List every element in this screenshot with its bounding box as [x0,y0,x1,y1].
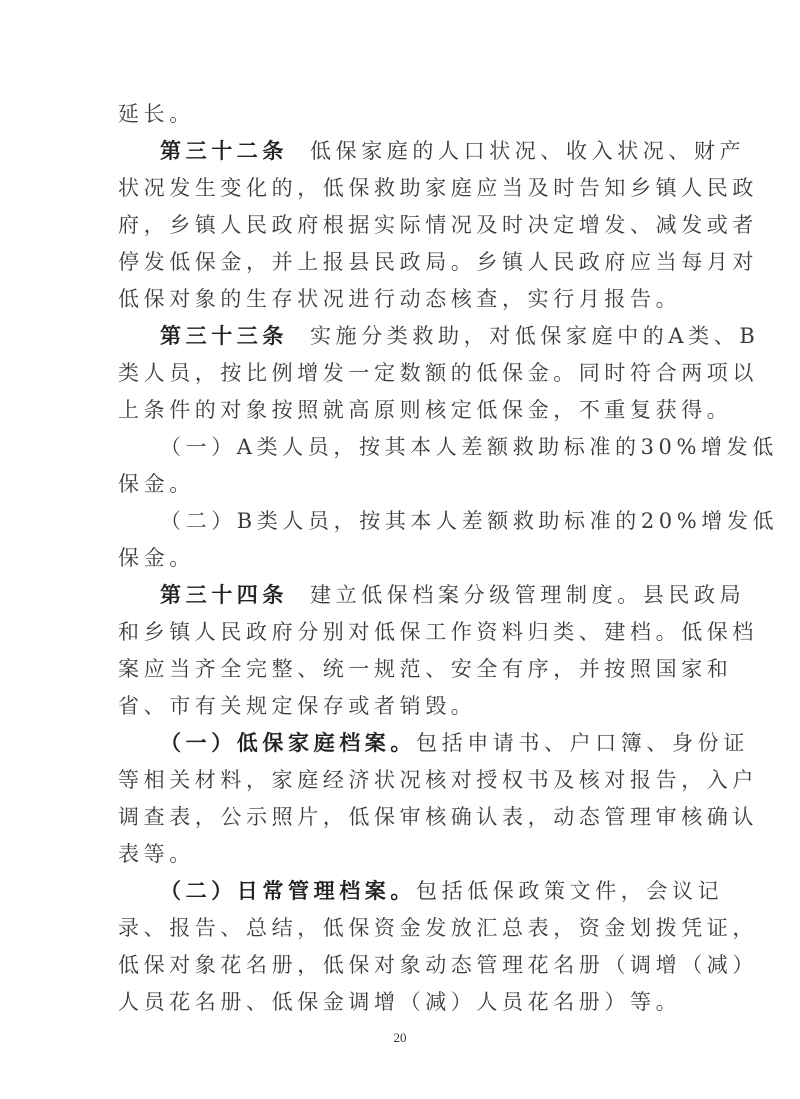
text-line: 等相关材料，家庭经济状况核对授权书及核对报告，入户 [118,766,658,794]
text-line: 录、报告、总结，低保资金发放汇总表，资金划拨凭证， [118,914,658,942]
text-line [118,951,658,979]
article-34-heading-line: 第三十四条建立低保档案分级管理制度。县民政局 [160,581,658,609]
article-33-heading-line: 第三十三条实施分类救助，对低保家庭中的A类、B [160,322,658,350]
subsection-title: （二）日常管理档案。 [160,878,416,903]
text-line: 表等。 [118,840,658,868]
text-line: 案应当齐全完整、统一规范、安全有序，并按照国家和 [118,655,658,683]
subsection-family-archive: （一）低保家庭档案。包括申请书、户口簿、身份证 [160,729,658,757]
text-line: 类人员，按比例增发一定数额的低保金。同时符合两项以 [118,359,658,387]
text-line: 保金。 [118,470,658,498]
text-line: 延长。 [118,100,658,128]
article-32-heading-line: 第三十二条低保家庭的人口状况、收入状况、财产 [160,137,658,165]
article-number: 第三十三条 [160,323,288,348]
page-number: 20 [0,1030,800,1046]
text-line: 上条件的对象按照就高原则核定低保金，不重复获得。 [118,396,658,424]
list-item-b: （二）B类人员，按其本人差额救助标准的20%增发低 [160,507,658,535]
text-line: 状况发生变化的，低保救助家庭应当及时告知乡镇人民政 [118,174,658,202]
text-line: 府，乡镇人民政府根据实际情况及时决定增发、减发或者 [118,211,658,239]
text-line: 保金。 [118,544,658,572]
text-line: 和乡镇人民政府分别对低保工作资料归类、建档。低保档 [118,618,658,646]
text-line: 低保对象的生存状况进行动态核查，实行月报告。 [118,285,658,313]
text-line: 省、市有关规定保存或者销毁。 [118,692,658,720]
article-number: 第三十四条 [160,582,288,607]
list-item-a: （一）A类人员，按其本人差额救助标准的30%增发低 [160,433,658,461]
text-line: 调查表，公示照片，低保审核确认表，动态管理审核确认 [118,803,658,831]
document-page: 延长。 第三十二条低保家庭的人口状况、收入状况、财产 状况发生变化的，低保救助家… [0,0,800,1099]
article-number: 第三十二条 [160,138,288,163]
subsection-title: （一）低保家庭档案。 [160,730,416,755]
subsection-daily-archive: （二）日常管理档案。包括低保政策文件，会议记 [160,877,658,905]
text-line: 停发低保金，并上报县民政局。乡镇人民政府应当每月对 [118,248,658,276]
text-line: 人员花名册、低保金调增（减）人员花名册）等。 [118,988,658,1016]
